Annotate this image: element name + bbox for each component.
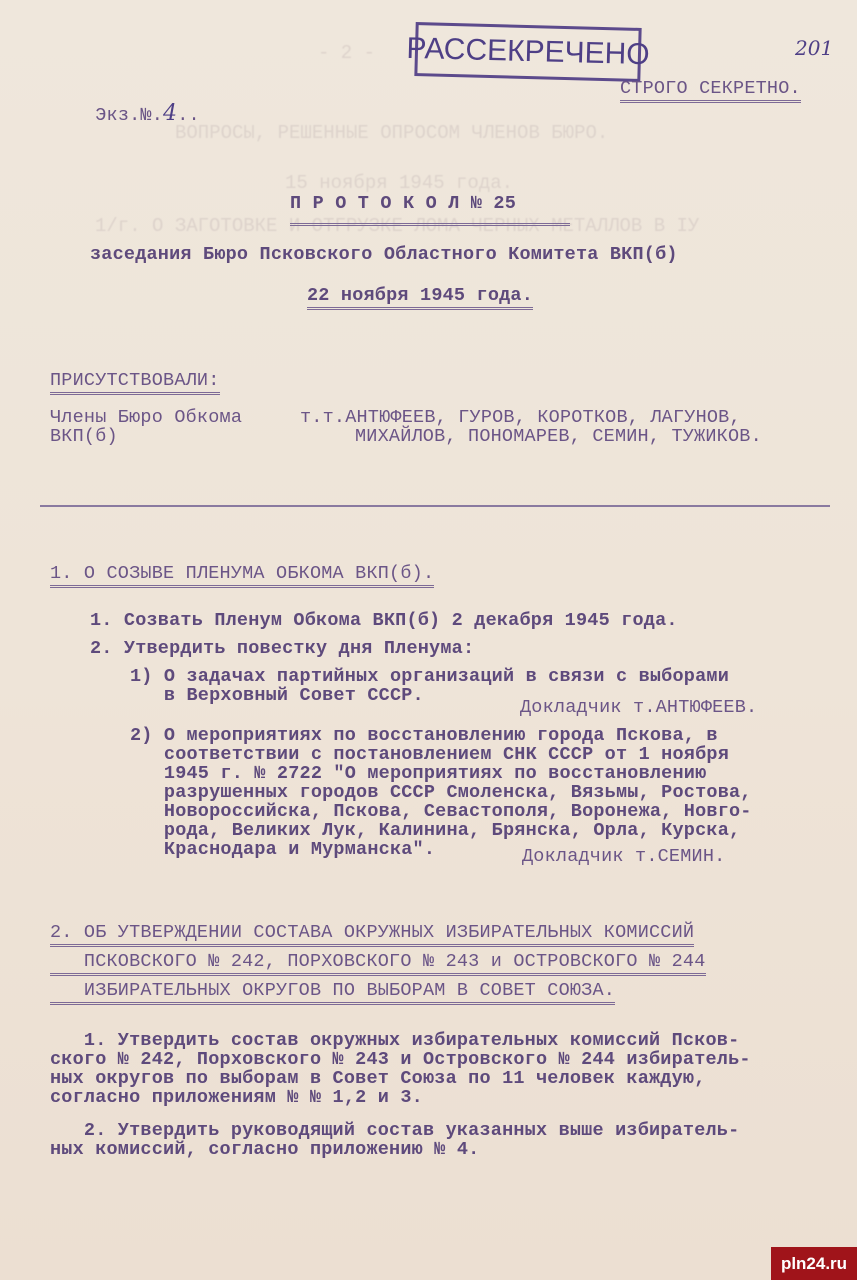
- agenda-2-line-2: соответствии с постановлением СНК СССР о…: [130, 744, 729, 765]
- bleed-through-heading: ВОПРОСЫ, РЕШЕННЫЕ ОПРОСОМ ЧЛЕНОВ БЮРО.: [175, 122, 608, 144]
- section-divider: [40, 505, 830, 507]
- title-rule: [290, 223, 570, 226]
- attendance-members-line2: МИХАЙЛОВ, ПОНОМАРЕВ, СЕМИН, ТУЖИКОВ.: [355, 426, 762, 447]
- handwritten-page-number: 201: [795, 36, 833, 60]
- bleed-through-date: 15 ноября 1945 года.: [285, 172, 513, 194]
- section-2-heading-line-2: ПСКОВСКОГО № 242, ПОРХОВСКОГО № 243 и ОС…: [50, 951, 706, 976]
- copy-number: Экз.№.4..: [50, 80, 200, 147]
- attendance-group-line2: ВКП(б): [50, 426, 118, 447]
- section-2-para-2-line-1: 2. Утвердить руководящий состав указанны…: [50, 1120, 739, 1141]
- section-2-para-1-line-2: ского № 242, Порховского № 243 и Островс…: [50, 1049, 751, 1070]
- section-2-para-1-line-4: согласно приложениям № № 1,2 и 3.: [50, 1087, 423, 1108]
- section-2-para-1-line-1: 1. Утвердить состав окружных избирательн…: [50, 1030, 739, 1051]
- section-2-para-1-line-3: ных округов по выборам в Совет Союза по …: [50, 1068, 706, 1089]
- agenda-2-line-3: 1945 г. № 2722 "О мероприятиях по восста…: [130, 763, 706, 784]
- attendance-label: ПРИСУТСТВОВАЛИ:: [50, 370, 220, 395]
- attendance-group-line1: Члены Бюро Обкома: [50, 407, 242, 428]
- bleed-through-page-marker: - 2 -: [318, 42, 375, 64]
- declassified-stamp: РАССЕКРЕЧЕНО: [414, 22, 641, 82]
- agenda-1-line-1: 1) О задачах партийных организаций в свя…: [130, 666, 729, 687]
- document-title: П Р О Т О К О Л № 25: [290, 193, 516, 214]
- copy-number-value: 4: [163, 101, 177, 126]
- meeting-date: 22 ноября 1945 года.: [307, 285, 533, 310]
- classification-mark: СТРОГО СЕКРЕТНО.: [620, 78, 801, 103]
- site-watermark: pln24.ru: [771, 1247, 857, 1280]
- document-page: - 2 - ВОПРОСЫ, РЕШЕННЫЕ ОПРОСОМ ЧЛЕНОВ Б…: [0, 0, 857, 1280]
- copy-number-suffix: ..: [177, 105, 200, 126]
- section-1-heading: 1. О СОЗЫВЕ ПЛЕНУМА ОБКОМА ВКП(б).: [50, 563, 434, 588]
- section-2-heading-line-3: ИЗБИРАТЕЛЬНЫХ ОКРУГОВ ПО ВЫБОРАМ В СОВЕТ…: [50, 980, 615, 1005]
- agenda-2-speaker: Докладчик т.СЕМИН.: [522, 846, 725, 867]
- agenda-1-line-2: в Верховный Совет СССР.: [130, 685, 424, 706]
- bleed-through-item: 1/г. О ЗАГОТОВКЕ И ОТГРУЗКЕ ЛОМА ЧЕРНЫХ …: [95, 215, 699, 237]
- section-2-heading-line-1: 2. ОБ УТВЕРЖДЕНИИ СОСТАВА ОКРУЖНЫХ ИЗБИР…: [50, 922, 694, 947]
- document-subtitle: заседания Бюро Псковского Областного Ком…: [90, 244, 678, 265]
- agenda-2-line-7: Краснодара и Мурманска".: [130, 839, 435, 860]
- agenda-2-line-5: Новороссийска, Пскова, Севастополя, Воро…: [130, 801, 752, 822]
- section-1-item-1: 1. Созвать Пленум Обкома ВКП(б) 2 декабр…: [90, 610, 678, 631]
- agenda-2-line-4: разрушенных городов СССР Смоленска, Вязь…: [130, 782, 752, 803]
- section-1-item-2: 2. Утвердить повестку дня Пленума:: [90, 638, 474, 659]
- copy-number-label: Экз.№.: [95, 105, 163, 126]
- attendance-members-line1: т.т.АНТЮФЕЕВ, ГУРОВ, КОРОТКОВ, ЛАГУНОВ,: [300, 407, 741, 428]
- agenda-1-speaker: Докладчик т.АНТЮФЕЕВ.: [520, 697, 757, 718]
- section-2-para-2-line-2: ных комиссий, согласно приложению № 4.: [50, 1139, 479, 1160]
- agenda-2-line-6: рода, Великих Лук, Калинина, Брянска, Ор…: [130, 820, 740, 841]
- agenda-2-line-1: 2) О мероприятиях по восстановлению горо…: [130, 725, 718, 746]
